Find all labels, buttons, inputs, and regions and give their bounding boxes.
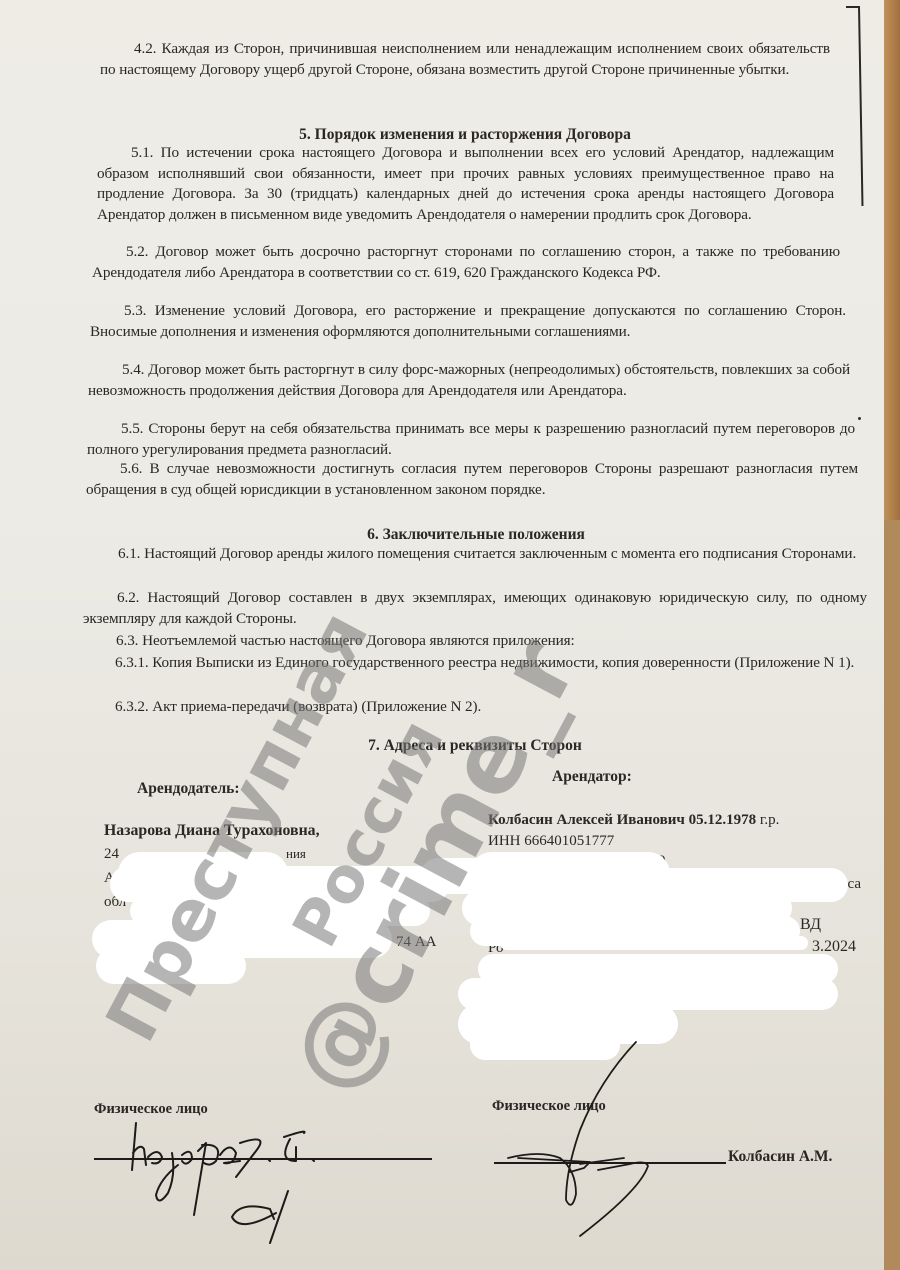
tenant-signature xyxy=(480,1040,700,1240)
landlord-signature xyxy=(120,1105,380,1235)
landlord-line-5-tail: 74 АА xyxy=(396,934,436,951)
tenant-inn: ИНН 666401051777 xyxy=(488,833,614,850)
section-7-title: 7. Адреса и реквизиты Сторон xyxy=(80,737,870,755)
clause-5-3: 5.3. Изменение условий Договора, его рас… xyxy=(90,300,846,342)
tenant-signature-name: Колбасин А.М. xyxy=(728,1148,832,1166)
landlord-line-2: 24 xyxy=(104,846,119,863)
section-5-title: 5. Порядок изменения и расторжения Догов… xyxy=(100,126,830,144)
tenant-name-line: Колбасин Алексей Иванович 05.12.1978 г.р… xyxy=(488,812,779,829)
section-6-title: 6. Заключительные положения xyxy=(86,526,866,544)
clause-4-2: 4.2. Каждая из Сторон, причинившая неисп… xyxy=(100,38,830,80)
clause-6-3-2: 6.3.2. Акт приема-передачи (возврата) (П… xyxy=(81,696,873,717)
landlord-line-2-tail: ния xyxy=(286,846,306,862)
tenant-name: Колбасин Алексей Иванович xyxy=(488,812,685,828)
tenant-birth-suffix: г.р. xyxy=(760,812,779,828)
clause-5-5: 5.5. Стороны берут на себя обязательства… xyxy=(87,418,855,460)
tenant-label: Арендатор: xyxy=(552,768,632,786)
landlord-name: Назарова Диана Турахоновна, xyxy=(104,822,320,840)
clause-6-1: 6.1. Настоящий Договор аренды жилого пом… xyxy=(84,543,864,564)
landlord-label: Арендодатель: xyxy=(137,780,240,798)
tenant-birth-date: 05.12.1978 xyxy=(689,812,757,828)
clause-5-1: 5.1. По истечении срока настоящего Догов… xyxy=(97,143,834,225)
clause-5-4: 5.4. Договор может быть расторгнут в сил… xyxy=(88,359,850,401)
clause-6-2: 6.2. Настоящий Договор составлен в двух … xyxy=(83,587,867,629)
tenant-line-5-tail: ВД xyxy=(800,916,821,934)
clause-6-3: 6.3. Неотъемлемой частью настоящего Дого… xyxy=(82,630,866,651)
clause-5-6: 5.6. В случае невозможности достигнуть с… xyxy=(86,458,858,500)
contract-page: 4.2. Каждая из Сторон, причинившая неисп… xyxy=(0,0,884,1270)
redaction xyxy=(500,936,808,950)
clause-5-2: 5.2. Договор может быть досрочно расторг… xyxy=(92,241,840,283)
clause-6-3-1: 6.3.1. Копия Выписки из Единого государс… xyxy=(81,652,873,673)
redaction xyxy=(96,948,246,984)
